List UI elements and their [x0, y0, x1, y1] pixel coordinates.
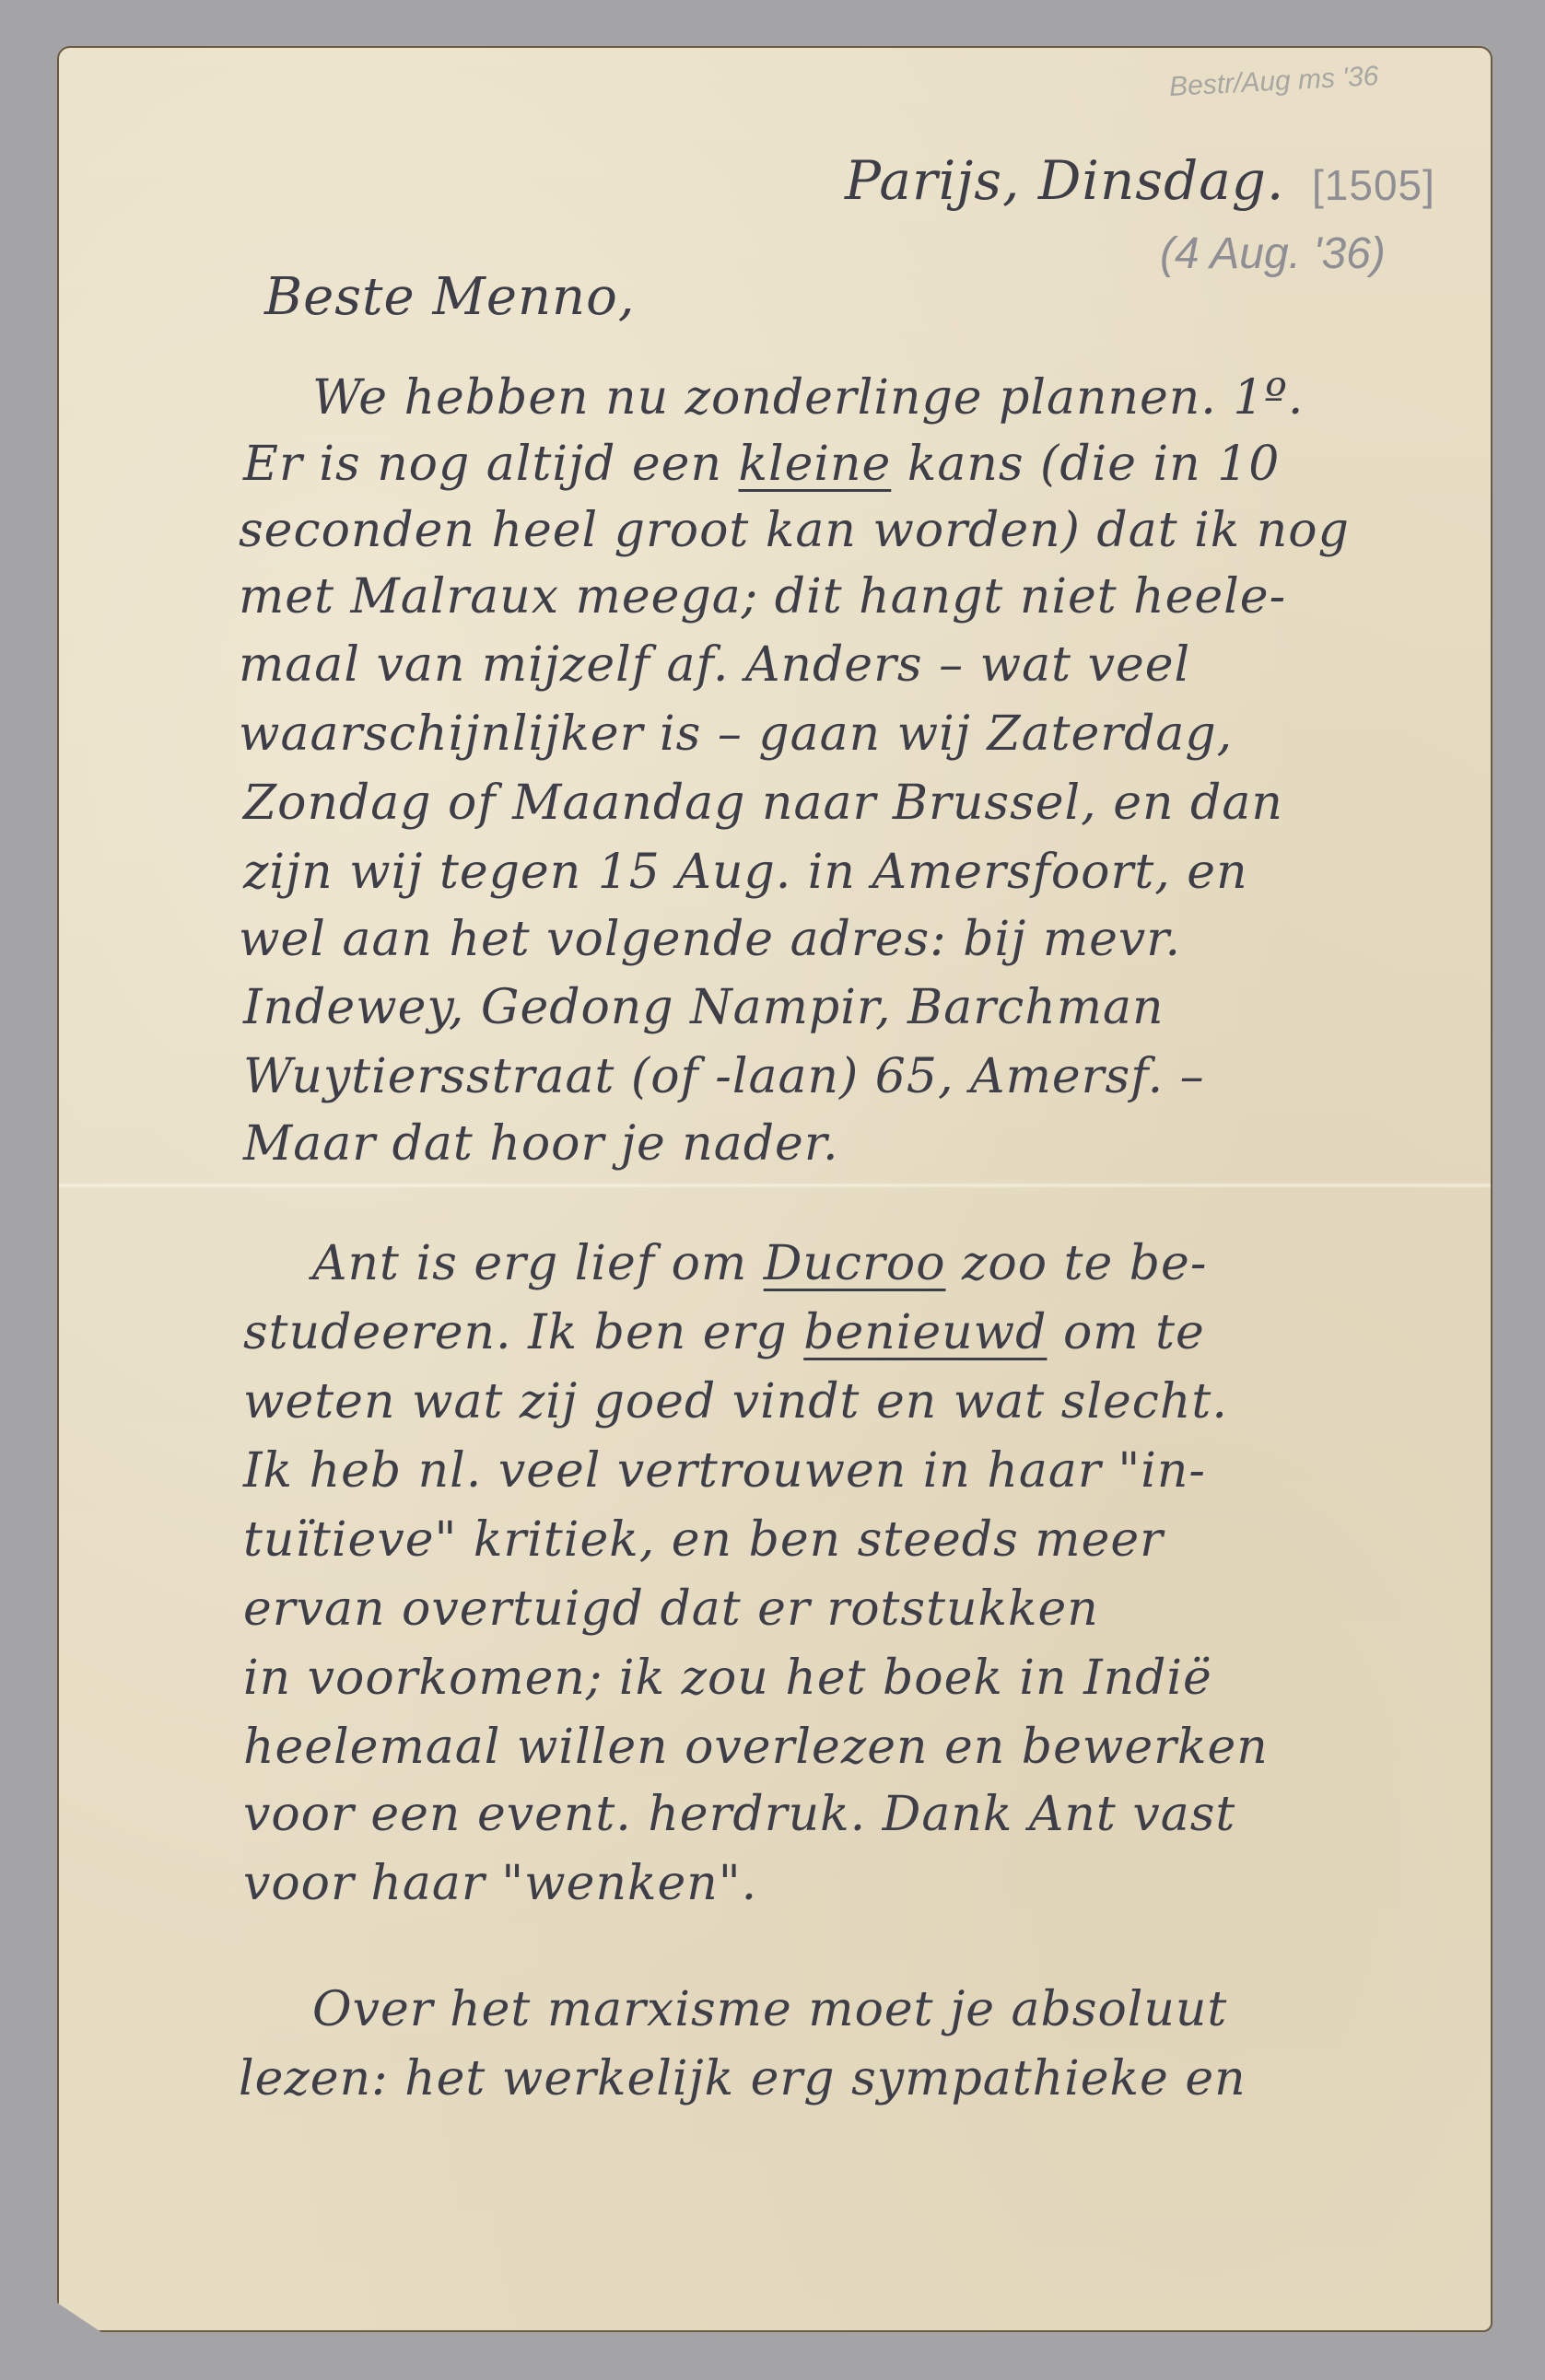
- text-segment: Ant is erg lief om: [312, 1236, 764, 1291]
- letter-line: seconden heel groot kan worden) dat ik n…: [239, 503, 1350, 558]
- letter-line: We hebben nu zonderlinge plannen. 1º.: [312, 370, 1304, 426]
- letter-salutation: Beste Menno,: [264, 267, 636, 327]
- letter-line: wel aan het volgende adres: bij mevr.: [239, 912, 1181, 967]
- letter-line: Maar dat hoor je nader.: [243, 1116, 839, 1172]
- letter-line: waarschijnlijker is – gaan wij Zaterdag,: [239, 706, 1233, 762]
- letter-line: Er is nog altijd een kleine kans (die in…: [243, 437, 1280, 492]
- underlined-word: kleine: [738, 437, 891, 492]
- letter-line: maal van mijzelf af. Anders – wat veel: [239, 637, 1190, 693]
- pencil-catalog-number: [1505]: [1312, 160, 1435, 210]
- letter-line: studeeren. Ik ben erg benieuwd om te: [243, 1305, 1205, 1360]
- text-segment: kans (die in 10: [891, 437, 1280, 492]
- pencil-date-note: (4 Aug. '36): [1160, 228, 1386, 279]
- letter-line: Over het marxisme moet je absoluut: [312, 1982, 1227, 2037]
- letter-line: weten wat zij goed vindt en wat slecht.: [243, 1374, 1228, 1429]
- letter-line: voor een event. herdruk. Dank Ant vast: [243, 1787, 1235, 1842]
- letter-line: tuïtieve" kritiek, en ben steeds meer: [243, 1512, 1164, 1568]
- underlined-word: benieuwd: [803, 1305, 1047, 1360]
- text-segment: zoo te be-: [946, 1236, 1208, 1291]
- text-segment: studeeren. Ik ben erg: [243, 1305, 803, 1360]
- letter-line: Indewey, Gedong Nampir, Barchman: [243, 980, 1165, 1035]
- letter-line: Ik heb nl. veel vertrouwen in haar "in-: [243, 1443, 1206, 1499]
- letter-line: zijn wij tegen 15 Aug. in Amersfoort, en: [243, 845, 1248, 900]
- pencil-archive-note: Bestr/Aug ms '36: [1168, 61, 1379, 103]
- letter-place-date: Parijs, Dinsdag.: [845, 149, 1284, 212]
- text-segment: om te: [1047, 1305, 1204, 1360]
- letter-line: Wuytiersstraat (of -laan) 65, Amersf. –: [243, 1049, 1205, 1104]
- letter-page: Bestr/Aug ms '36 [1505] (4 Aug. '36) Par…: [57, 46, 1492, 2332]
- letter-line: voor haar "wenken".: [243, 1856, 757, 1911]
- underlined-word: Ducroo: [764, 1236, 946, 1291]
- letter-line: in voorkomen; ik zou het boek in Indië: [243, 1651, 1212, 1706]
- letter-line: Zondag of Maandag naar Brussel, en dan: [243, 776, 1283, 831]
- letter-line: lezen: het werkelijk erg sympathieke en: [239, 2051, 1247, 2106]
- letter-line: heelemaal willen overlezen en bewerken: [243, 1720, 1269, 1775]
- paper-fold-crease: [59, 1183, 1491, 1188]
- letter-line: ervan overtuigd dat er rotstukken: [243, 1581, 1099, 1637]
- letter-line: Ant is erg lief om Ducroo zoo te be-: [312, 1236, 1207, 1291]
- letter-line: met Malraux meega; dit hangt niet heele-: [239, 569, 1286, 624]
- text-segment: Er is nog altijd een: [243, 437, 738, 492]
